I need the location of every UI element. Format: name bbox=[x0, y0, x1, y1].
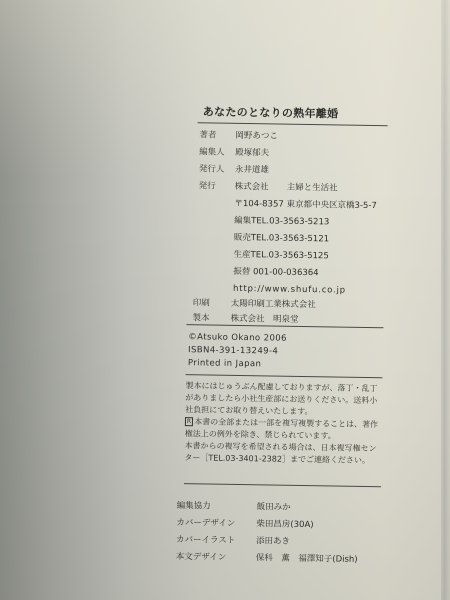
colophon: あなたのとなりの熟年離婚 著者 岡野あつこ 編集人 殿塚郁夫 発行人 永井道雄 … bbox=[0, 0, 450, 600]
credit-value: 添田あき bbox=[256, 533, 290, 551]
publisher-label: 発行 bbox=[199, 180, 216, 192]
contact-production: 生産TEL.03-3563-5125 bbox=[233, 249, 328, 262]
contact-sales: 販売TEL.03-3563-5121 bbox=[234, 232, 329, 245]
binding-label: 製本 bbox=[192, 312, 209, 324]
staff-value: 殿塚郁夫 bbox=[235, 147, 269, 160]
publisher-address: 〒104-8357 東京都中央区京橋3-5-7 bbox=[234, 198, 377, 212]
credit-value: 保科 薫 福澤知子(Dish) bbox=[256, 550, 358, 569]
credit-label: 本文デザイン bbox=[176, 549, 227, 567]
printing-label: 印刷 bbox=[193, 297, 210, 309]
staff-row-author: 著者 岡野あつこ bbox=[200, 129, 390, 132]
staff-label: 著者 bbox=[199, 129, 216, 141]
credit-value: 飯田みか bbox=[256, 499, 290, 517]
credit-label: 編集協力 bbox=[176, 498, 210, 516]
publisher-row: 発行 株式会社 主婦と生活社 bbox=[199, 180, 389, 183]
copyright-top-rule bbox=[186, 324, 383, 328]
contact-editorial: 編集TEL.03-3563-5213 bbox=[234, 215, 329, 228]
contact-transfer: 振替 001-00-036364 bbox=[233, 266, 319, 279]
publisher-company: 主婦と生活社 bbox=[287, 182, 338, 195]
credits-rule bbox=[184, 483, 381, 487]
copyright-line: ©Atsuko Okano 2006 bbox=[188, 331, 287, 345]
title-rule bbox=[198, 122, 388, 126]
binding-row: 製本 株式会社 明泉堂 bbox=[193, 312, 383, 315]
printed-in: Printed in Japan bbox=[188, 357, 262, 370]
isbn: ISBN4-391-13249-4 bbox=[188, 344, 278, 357]
credit-label: カバーイラスト bbox=[176, 532, 236, 550]
notice-block: 製本にはじゅうぶん配慮しておりますが、落丁・乱丁 がありましたら小社生産部にお送… bbox=[184, 380, 383, 467]
binding-value: 株式会社 明泉堂 bbox=[230, 313, 298, 326]
staff-label: 編集人 bbox=[199, 146, 225, 158]
staff-label: 発行人 bbox=[199, 163, 225, 175]
notice-line: ター［TEL.03-3401-2382］までご連絡ください。 bbox=[184, 452, 382, 467]
printing-value: 太陽印刷工業株式会社 bbox=[231, 298, 316, 311]
staff-row-editor: 編集人 殿塚郁夫 bbox=[199, 146, 389, 149]
staff-value: 永井道雄 bbox=[235, 164, 269, 177]
staff-row-publisher-person: 発行人 永井道雄 bbox=[199, 163, 389, 166]
publisher-url[interactable]: http://www.shufu.co.jp bbox=[233, 283, 346, 297]
book-title: あなたのとなりの熟年離婚 bbox=[203, 103, 339, 121]
printing-row: 印刷 太陽印刷工業株式会社 bbox=[193, 297, 383, 300]
publisher-company-prefix: 株式会社 bbox=[235, 181, 269, 194]
credit-label: カバーデザイン bbox=[176, 515, 235, 533]
jrrc-mark-icon: R bbox=[185, 417, 193, 426]
notice-line-text: 本書の全部または一部を複写複製することは、著作 bbox=[194, 417, 378, 429]
copyright-bottom-rule bbox=[186, 374, 383, 378]
credit-value: 柴田昌房(30A) bbox=[256, 516, 314, 534]
credits: 編集協力 飯田みか カバーデザイン 柴田昌房(30A) カバーイラスト 添田あき… bbox=[176, 498, 177, 566]
staff-value: 岡野あつこ bbox=[235, 130, 278, 143]
